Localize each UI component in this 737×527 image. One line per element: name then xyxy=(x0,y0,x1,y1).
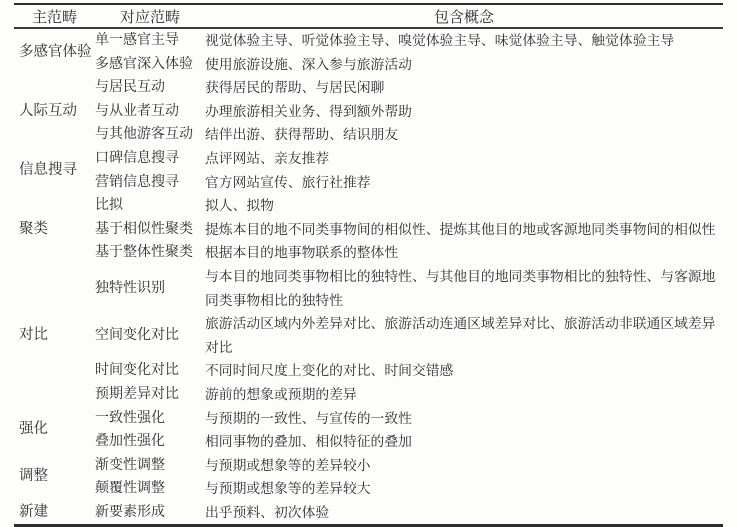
concepts-cell: 不同时间尺度上变化的对比、时间交错感 xyxy=(205,359,723,383)
table-row: 对比独特性识别与本目的地同类事物相比的独特性、与其他目的地同类事物相比的独特性、… xyxy=(14,265,723,312)
sub-category-cell: 口碑信息搜寻 xyxy=(95,147,205,171)
sub-category-cell: 颠覆性调整 xyxy=(95,477,205,501)
concepts-cell: 获得居民的帮助、与居民闲聊 xyxy=(205,76,723,100)
sub-category-cell: 时间变化对比 xyxy=(95,359,205,383)
table-container: 主范畴 对应范畴 包含概念 多感官体验单一感官主导视觉体验主导、听觉体验主导、嗅… xyxy=(14,3,723,507)
col-header-main-category: 主范畴 xyxy=(14,4,95,28)
table-row: 多感官深入体验使用旅游设施、深入参与旅游活动 xyxy=(14,53,723,77)
sub-category-cell: 基于相似性聚类 xyxy=(95,218,205,242)
table-row: 空间变化对比旅游活动区域内外差异对比、旅游活动连通区域差异对比、旅游活动非联通区… xyxy=(14,312,723,359)
table-row: 叠加性强化相同事物的叠加、相似特征的叠加 xyxy=(14,430,723,454)
concepts-cell: 提炼本目的地不同类事物间的相似性、提炼其他目的地或客源地同类事物间的相似性 xyxy=(205,218,723,242)
table-header: 主范畴 对应范畴 包含概念 xyxy=(14,4,723,28)
main-category-cell: 人际互动 xyxy=(14,76,95,147)
concepts-cell: 官方网站宣传、旅行社推荐 xyxy=(205,171,723,195)
main-category-cell: 强化 xyxy=(14,407,95,454)
table-row: 信息搜寻口碑信息搜寻点评网站、亲友推荐 xyxy=(14,147,723,171)
concepts-cell: 出乎预料、初次体验 xyxy=(205,501,723,507)
table-row: 时间变化对比不同时间尺度上变化的对比、时间交错感 xyxy=(14,359,723,383)
table-row: 聚类比拟拟人、拟物 xyxy=(14,194,723,218)
concepts-cell: 点评网站、亲友推荐 xyxy=(205,147,723,171)
sub-category-cell: 基于整体性聚类 xyxy=(95,241,205,265)
concepts-cell: 与本目的地同类事物相比的独特性、与其他目的地同类事物相比的独特性、与客源地同类事… xyxy=(205,265,723,312)
col-header-sub-category: 对应范畴 xyxy=(95,4,205,28)
concepts-cell: 相同事物的叠加、相似特征的叠加 xyxy=(205,430,723,454)
sub-category-cell: 单一感官主导 xyxy=(95,28,205,53)
concepts-cell: 结伴出游、获得帮助、结识朋友 xyxy=(205,123,723,147)
concepts-cell: 拟人、拟物 xyxy=(205,194,723,218)
header-row: 主范畴 对应范畴 包含概念 xyxy=(14,4,723,28)
table-row: 基于相似性聚类提炼本目的地不同类事物间的相似性、提炼其他目的地或客源地同类事物间… xyxy=(14,218,723,242)
concepts-cell: 与预期或想象等的差异较大 xyxy=(205,477,723,501)
table-body: 多感官体验单一感官主导视觉体验主导、听觉体验主导、嗅觉体验主导、味觉体验主导、触… xyxy=(14,28,723,507)
col-header-concepts: 包含概念 xyxy=(205,4,723,28)
table-row: 多感官体验单一感官主导视觉体验主导、听觉体验主导、嗅觉体验主导、味觉体验主导、触… xyxy=(14,28,723,53)
table-row: 与其他游客互动结伴出游、获得帮助、结识朋友 xyxy=(14,123,723,147)
table-row: 预期差异对比游前的想象或预期的差异 xyxy=(14,383,723,407)
sub-category-cell: 一致性强化 xyxy=(95,407,205,431)
sub-category-cell: 与其他游客互动 xyxy=(95,123,205,147)
sub-category-cell: 空间变化对比 xyxy=(95,312,205,359)
sub-category-cell: 独特性识别 xyxy=(95,265,205,312)
sub-category-cell: 与居民互动 xyxy=(95,76,205,100)
main-category-cell: 新建 xyxy=(14,501,95,507)
concepts-cell: 与预期或想象等的差异较小 xyxy=(205,454,723,478)
sub-category-cell: 与从业者互动 xyxy=(95,100,205,124)
sub-category-cell: 叠加性强化 xyxy=(95,430,205,454)
main-category-cell: 信息搜寻 xyxy=(14,147,95,194)
sub-category-cell: 营销信息搜寻 xyxy=(95,171,205,195)
main-category-cell: 调整 xyxy=(14,454,95,501)
table-row: 颠覆性调整与预期或想象等的差异较大 xyxy=(14,477,723,501)
table-row: 新建新要素形成出乎预料、初次体验 xyxy=(14,501,723,507)
table-row: 基于整体性聚类根据本目的地事物联系的整体性 xyxy=(14,241,723,265)
sub-category-cell: 预期差异对比 xyxy=(95,383,205,407)
concepts-cell: 视觉体验主导、听觉体验主导、嗅觉体验主导、味觉体验主导、触觉体验主导 xyxy=(205,28,723,53)
sub-category-cell: 新要素形成 xyxy=(95,501,205,507)
table-row: 人际互动与居民互动获得居民的帮助、与居民闲聊 xyxy=(14,76,723,100)
table-row: 调整渐变性调整与预期或想象等的差异较小 xyxy=(14,454,723,478)
main-category-cell: 对比 xyxy=(14,265,95,407)
table-row: 强化一致性强化与预期的一致性、与宣传的一致性 xyxy=(14,407,723,431)
concepts-cell: 与预期的一致性、与宣传的一致性 xyxy=(205,407,723,431)
main-category-cell: 聚类 xyxy=(14,194,95,265)
sub-category-cell: 比拟 xyxy=(95,194,205,218)
table-row: 营销信息搜寻官方网站宣传、旅行社推荐 xyxy=(14,171,723,195)
concepts-cell: 使用旅游设施、深入参与旅游活动 xyxy=(205,53,723,77)
main-category-cell: 多感官体验 xyxy=(14,28,95,76)
concepts-cell: 游前的想象或预期的差异 xyxy=(205,383,723,407)
concepts-cell: 旅游活动区域内外差异对比、旅游活动连通区域差异对比、旅游活动非联通区域差异对比 xyxy=(205,312,723,359)
sub-category-cell: 多感官深入体验 xyxy=(95,53,205,77)
concepts-cell: 办理旅游相关业务、得到额外帮助 xyxy=(205,100,723,124)
table-row: 与从业者互动办理旅游相关业务、得到额外帮助 xyxy=(14,100,723,124)
category-coding-table: 主范畴 对应范畴 包含概念 多感官体验单一感官主导视觉体验主导、听觉体验主导、嗅… xyxy=(14,3,723,507)
concepts-cell: 根据本目的地事物联系的整体性 xyxy=(205,241,723,265)
sub-category-cell: 渐变性调整 xyxy=(95,454,205,478)
